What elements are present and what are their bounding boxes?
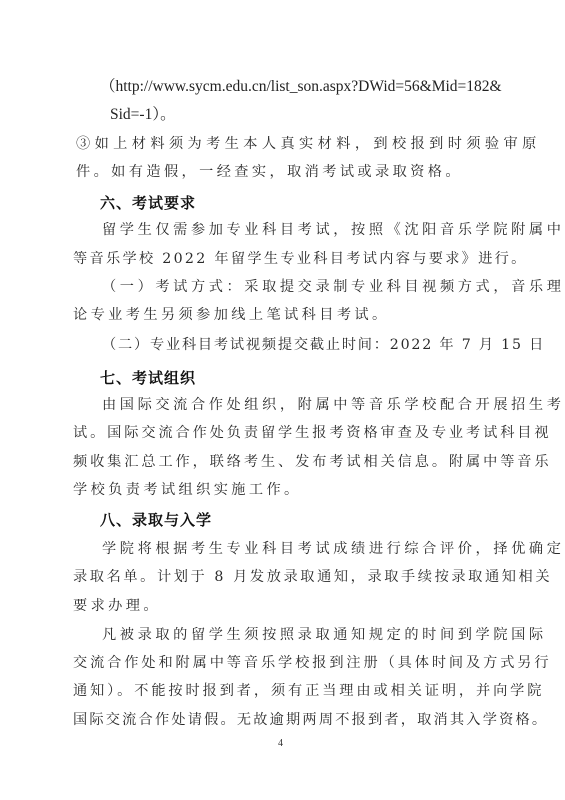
section-heading-7: 七、考试组织 — [100, 368, 196, 388]
paragraph-line: 件。如有造假，一经查实，取消考试或录取资格。 — [76, 162, 463, 182]
paragraph-line: 等音乐学校 2022 年留学生专业科目考试内容与要求》进行。 — [73, 249, 528, 269]
paragraph-line: 论专业考生另须参加线上笔试科目考试。 — [73, 305, 390, 325]
url-line-2: Sid=-1）。 — [110, 105, 176, 125]
paragraph-line: 频收集汇总工作，联络考生、发布考试相关信息。附属中等音乐 — [73, 452, 551, 472]
paragraph-line: 试。国际交流合作处负责留学生报考资格审查及专业考试科目视 — [73, 423, 551, 443]
paragraph-line: 交流合作处和附属中等音乐学校报到注册（具体时间及方式另行 — [73, 653, 551, 673]
section-heading-8: 八、录取与入学 — [100, 510, 212, 530]
paragraph-line: （一）考试方式：采取提交录制专业科目视频方式，音乐理 — [102, 277, 564, 297]
paragraph-line: 学院将根据考生专业科目考试成绩进行综合评价，择优确定 — [102, 539, 564, 559]
paragraph-line: 通知）。不能按时报到者，须有正当理由或相关证明，并向学院 — [73, 681, 544, 701]
page-number: 4 — [278, 738, 283, 749]
paragraph-line: 凡被录取的留学生须按照录取通知规定的时间到学院国际 — [102, 625, 547, 645]
paragraph-line: 要求办理。 — [73, 596, 161, 616]
paragraph-line: 录取名单。计划于 8 月发放录取通知，录取手续按录取通知相关 — [73, 567, 552, 587]
paragraph-line: 留学生仅需参加专业科目考试，按照《沈阳音乐学院附属中 — [102, 220, 564, 240]
url-line-1: （http://www.sycm.edu.cn/list_son.aspx?DW… — [100, 77, 502, 97]
paragraph-line: ③如上材料须为考生本人真实材料，到校报到时须验审原 — [76, 134, 541, 154]
paragraph-line: 学校负责考试组织实施工作。 — [73, 480, 302, 500]
section-heading-6: 六、考试要求 — [100, 193, 196, 213]
paragraph-line: （二）专业科目考试视频提交截止时间：2022 年 7 月 15 日 — [102, 335, 545, 355]
paragraph-line: 由国际交流合作处组织，附属中等音乐学校配合开展招生考 — [102, 395, 564, 415]
paragraph-line: 国际交流合作处请假。无故逾期两周不报到者，取消其入学资格。 — [73, 710, 548, 730]
